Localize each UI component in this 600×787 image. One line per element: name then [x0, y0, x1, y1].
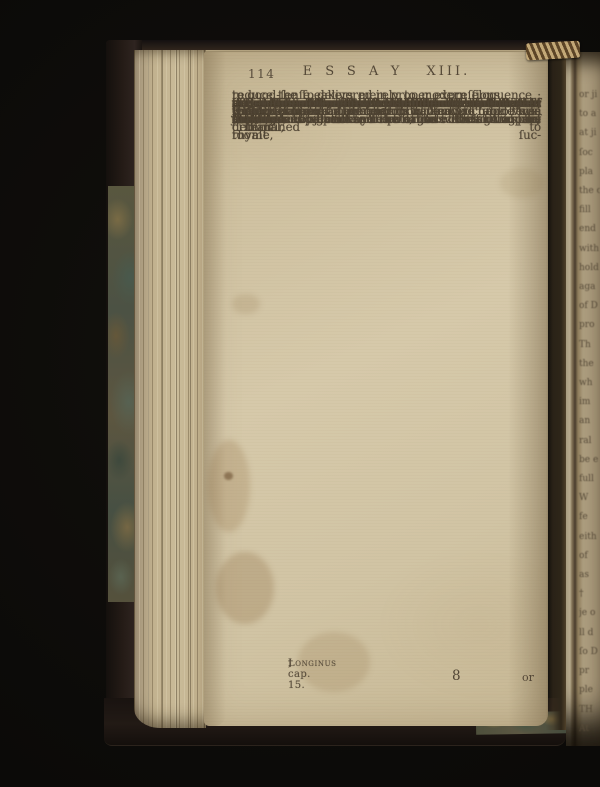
page-stain	[500, 168, 544, 198]
page-left-shadow	[204, 52, 226, 726]
paper-texture	[204, 52, 548, 726]
text-fragment: wh	[579, 374, 600, 393]
text-fragment: of D	[579, 297, 600, 316]
text-fragment: pla	[579, 163, 600, 182]
page-stain	[224, 472, 233, 480]
running-title: ESSAY XIII.	[232, 64, 541, 79]
page-fore-edge-stack	[134, 50, 206, 728]
text-fragment: aga	[579, 278, 600, 297]
facing-page-text-fragments: or jito aat jiſocplathe cfillendwithhold…	[579, 86, 600, 734]
text-fragment: fe	[579, 508, 600, 527]
text-fragment: with	[579, 240, 600, 259]
text-fragment: je o	[579, 604, 600, 623]
signature-mark: 8	[452, 668, 461, 684]
text-fragment: Th	[579, 336, 600, 355]
text-fragment: At	[579, 720, 600, 734]
gutter-shadow	[546, 52, 566, 730]
text-fragment: ſoc	[579, 144, 600, 163]
catchword: or	[522, 671, 534, 684]
text-fragment: eith	[579, 528, 600, 547]
text-fragment: as	[579, 566, 600, 585]
text-fragment: ll d	[579, 624, 600, 643]
text-fragment: to a	[579, 105, 600, 124]
text-fragment: or ji	[579, 86, 600, 105]
text-fragment: ple	[579, 681, 600, 700]
text-fragment: ſo D	[579, 643, 600, 662]
text-fragment: fill	[579, 201, 600, 220]
text-fragment: W	[579, 489, 600, 508]
text-fragment: hold	[579, 259, 600, 278]
page-stain	[208, 440, 250, 532]
page-text: reduce the ſpeakers merely to modern elo…	[232, 87, 541, 111]
text-fragment: the	[579, 355, 600, 374]
text-fragment: pr	[579, 662, 600, 681]
text-fragment: be e	[579, 451, 600, 470]
page-gutter-shadow	[508, 52, 548, 726]
text-fragment: im	[579, 393, 600, 412]
page-stain	[232, 294, 260, 314]
running-title-numeral: XIII.	[426, 64, 470, 79]
text-fragment: an	[579, 412, 600, 431]
facing-page-edge: or jito aat jiſocplathe cfillendwithhold…	[566, 52, 600, 746]
page-stain	[216, 552, 274, 624]
text-fragment: the c	[579, 182, 600, 201]
text-fragment: end	[579, 220, 600, 239]
text-fragment: TH	[579, 701, 600, 720]
text-fragment: ral	[579, 432, 600, 451]
headband	[526, 41, 581, 61]
text-fragment: pro	[579, 316, 600, 335]
text-fragment: of	[579, 547, 600, 566]
running-title-word: ESSAY	[303, 64, 413, 79]
text-fragment: †	[579, 585, 600, 604]
book-page: 114 ESSAY XIII. reduce the ſpeakers mere…	[204, 52, 548, 726]
scanned-book-photo: 114 ESSAY XIII. reduce the ſpeakers mere…	[0, 0, 600, 787]
text-fragment: full	[579, 470, 600, 489]
text-fragment: at ji	[579, 124, 600, 143]
